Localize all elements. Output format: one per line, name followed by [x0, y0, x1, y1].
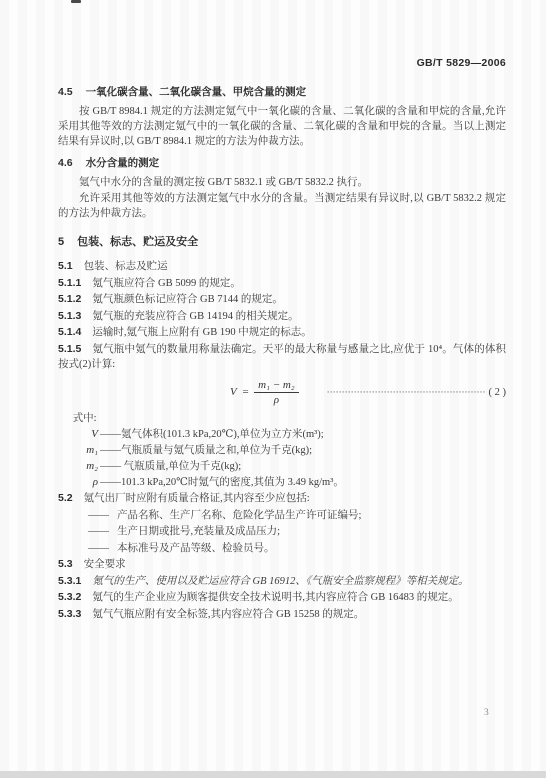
clause-number: 5.1.4: [58, 326, 81, 338]
clause-number: 5.1.3: [58, 310, 81, 322]
symbol-definition: m₂—— 气瓶质量,单位为千克(kg);: [58, 459, 506, 474]
paragraph: 允许采用其他等效的方法测定氪气中水分的含量。当测定结果有异议时,以 GB/T 5…: [58, 191, 506, 221]
section-title: 水分含量的测定: [86, 157, 160, 169]
section-title: 包装、标志、贮运及安全: [77, 236, 198, 248]
clause-text: 氪气瓶的充装应符合 GB 14194 的相关规定。: [92, 311, 298, 322]
clause-number: 5.1.1: [58, 277, 81, 289]
symbol: V: [72, 427, 98, 442]
clause-number: 5.1: [58, 260, 73, 272]
equals-sign: =: [242, 385, 249, 400]
doc-body: 4.5一氧化碳含量、二氧化碳含量、甲烷含量的测定按 GB/T 8984.1 规定…: [58, 85, 506, 622]
fraction-numerator: m₁ − m₂: [254, 379, 298, 393]
equation-number: ( 2 ): [489, 385, 507, 400]
clause-text: 氪气气瓶应附有安全标签,其内容应符合 GB 15258 的规定。: [92, 609, 364, 620]
document-content: GB/T 5829—2006 4.5一氧化碳含量、二氧化碳含量、甲烷含量的测定按…: [58, 56, 506, 623]
dash-bullet: ——: [88, 508, 109, 523]
symbol-definition: m₁——气瓶质量与氪气质量之和,单位为千克(kg);: [58, 443, 506, 458]
clause-number: 5.1.5: [58, 343, 81, 355]
clause: 5.3安全要求: [58, 557, 506, 572]
doc-code: GB/T 5829—2006: [58, 56, 506, 71]
scan-artifact: [71, 0, 81, 3]
document-page: GB/T 5829—2006 4.5一氧化碳含量、二氧化碳含量、甲烷含量的测定按…: [0, 0, 546, 778]
section-number: 4.5: [58, 86, 73, 98]
clause: 5.1.5氪气瓶中氪气的数量用称量法确定。天平的最大称量与感量之比,应优于 10…: [58, 342, 506, 372]
clause-number: 5.3.1: [58, 575, 81, 587]
dash-item-text: 产品名称、生产厂名称、危险化学品生产许可证编号;: [117, 508, 361, 523]
clause-text: 氪气瓶应符合 GB 5099 的规定。: [92, 278, 240, 289]
section-heading: 4.5一氧化碳含量、二氧化碳含量、甲烷含量的测定: [58, 85, 506, 100]
clause-number: 5.3.3: [58, 608, 81, 620]
clause: 5.3.3氪气气瓶应附有安全标签,其内容应符合 GB 15258 的规定。: [58, 607, 506, 622]
clause-text: 氪气的生产企业应为顾客提供安全技术说明书,其内容应符合 GB 16483 的规定…: [92, 592, 458, 603]
fraction: m₁ − m₂ρ: [254, 379, 298, 406]
clause: 5.1.3氪气瓶的充装应符合 GB 14194 的相关规定。: [58, 309, 506, 324]
section-heading: 5包装、标志、贮运及安全: [58, 235, 506, 250]
clause: 5.1.4运输时,氪气瓶上应附有 GB 190 中规定的标志。: [58, 325, 506, 340]
clause-number: 5.1.2: [58, 293, 81, 305]
clause: 5.3.1氪气的生产、使用以及贮运应符合 GB 16912、《气瓶安全监察规程》…: [58, 574, 506, 589]
section-number: 5: [58, 236, 64, 248]
section-number: 4.6: [58, 157, 73, 169]
symbol: ρ: [72, 475, 98, 490]
symbol-description: ——101.3 kPa,20℃时氪气的密度,其值为 3.49 kg/m³。: [100, 475, 344, 490]
symbol-definition: V——氪气体积(101.3 kPa,20℃),单位为立方米(m³);: [58, 427, 506, 442]
dot-leader: ········································…: [327, 385, 485, 400]
symbol-definition: ρ——101.3 kPa,20℃时氪气的密度,其值为 3.49 kg/m³。: [58, 475, 506, 490]
formula: V=m₁ − m₂ρ: [230, 379, 299, 406]
paragraph: 式中:: [58, 411, 506, 426]
formula-lhs: V: [230, 385, 237, 400]
symbol-description: —— 气瓶质量,单位为千克(kg);: [100, 459, 241, 474]
clause-number: 5.3.2: [58, 591, 81, 603]
section-title: 一氧化碳含量、二氧化碳含量、甲烷含量的测定: [86, 86, 307, 98]
clause-text: 运输时,氪气瓶上应附有 GB 190 中规定的标志。: [92, 327, 311, 338]
clause-number: 5.2: [58, 492, 73, 504]
symbol: m₁: [72, 443, 98, 458]
clause-text: 包装、标志及贮运: [84, 261, 168, 272]
clause-number: 5.3: [58, 558, 73, 570]
section-heading: 4.6水分含量的测定: [58, 156, 506, 171]
dash-list-item: ——本标准号及产品等级、检验员号。: [58, 541, 506, 556]
paragraph: 氪气中水分的含量的测定按 GB/T 5832.1 或 GB/T 5832.2 执…: [58, 175, 506, 190]
clause: 5.1.2氪气瓶颜色标记应符合 GB 7144 的规定。: [58, 292, 506, 307]
clause: 5.2氪气出厂时应附有质量合格证,其内容至少应包括:: [58, 491, 506, 506]
clause: 5.3.2氪气的生产企业应为顾客提供安全技术说明书,其内容应符合 GB 1648…: [58, 590, 506, 605]
clause: 5.1.1氪气瓶应符合 GB 5099 的规定。: [58, 276, 506, 291]
fraction-denominator: ρ: [274, 393, 279, 406]
dash-bullet: ——: [88, 524, 109, 539]
dash-list-item: ——产品名称、生产厂名称、危险化学品生产许可证编号;: [58, 508, 506, 523]
symbol-description: ——气瓶质量与氪气质量之和,单位为千克(kg);: [100, 443, 312, 458]
clause-text: 氪气瓶颜色标记应符合 GB 7144 的规定。: [92, 294, 282, 305]
symbol: m₂: [72, 459, 98, 474]
clause: 5.1包装、标志及贮运: [58, 259, 506, 274]
scan-edge-strip: [0, 771, 546, 778]
page-number: 3: [484, 708, 489, 718]
dash-item-text: 生产日期或批号,充装量及成品压力;: [117, 524, 280, 539]
formula-row: V=m₁ − m₂ρ······························…: [58, 379, 506, 406]
clause-text: 氪气的生产、使用以及贮运应符合 GB 16912、《气瓶安全监察规程》等相关规定…: [92, 576, 468, 587]
dash-bullet: ——: [88, 541, 109, 556]
paragraph: 按 GB/T 8984.1 规定的方法测定氪气中一氧化碳的含量、二氧化碳的含量和…: [58, 104, 506, 149]
clause-text: 安全要求: [84, 559, 126, 570]
clause-text: 氪气瓶中氪气的数量用称量法确定。天平的最大称量与感量之比,应优于 10⁴。气体的…: [58, 344, 506, 370]
dash-list-item: ——生产日期或批号,充装量及成品压力;: [58, 524, 506, 539]
symbol-description: ——氪气体积(101.3 kPa,20℃),单位为立方米(m³);: [100, 427, 324, 442]
clause-text: 氪气出厂时应附有质量合格证,其内容至少应包括:: [84, 493, 310, 504]
dash-item-text: 本标准号及产品等级、检验员号。: [117, 541, 275, 556]
